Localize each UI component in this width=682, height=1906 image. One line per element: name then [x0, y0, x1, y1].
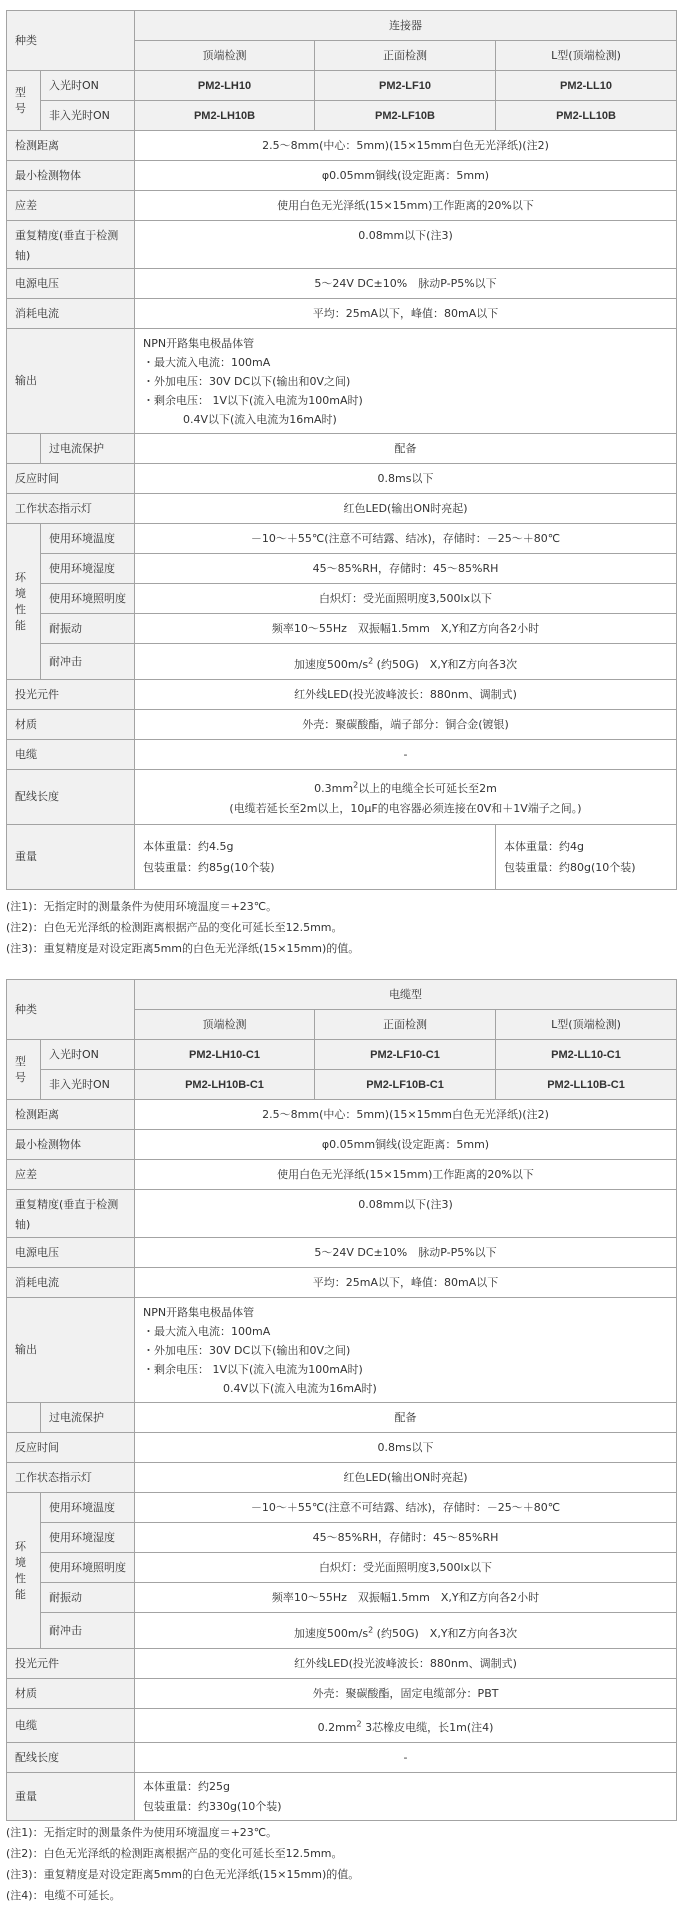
row-value: －10～＋55℃(注意不可结露、结冰)，存储时：－25～＋80℃	[135, 524, 677, 554]
row-value: 0.2mm2 3芯橡皮电缆，长1m(注4)	[135, 1709, 677, 1743]
row-label: 消耗电流	[7, 1268, 135, 1298]
column-header: 正面检测	[315, 41, 496, 71]
row-label: 投光元件	[7, 1649, 135, 1679]
table-row: 检测距离 2.5～8mm(中心：5mm)(15×15mm白色无光泽纸)(注2)	[7, 1100, 677, 1130]
table-row: 最小检测物体 φ0.05mm铜线(设定距离：5mm)	[7, 1130, 677, 1160]
note: (注2)：白色无光泽纸的检测距离根据产品的变化可延长至12.5mm。	[6, 1843, 677, 1864]
table-row: 电源电压 5～24V DC±10% 脉动P-P5%以下	[7, 269, 677, 299]
row-value: 2.5～8mm(中心：5mm)(15×15mm白色无光泽纸)(注2)	[135, 1100, 677, 1130]
table-row: 使用环境照明度 白炽灯：受光面照明度3,500lx以下	[7, 584, 677, 614]
model-number: PM2-LF10-C1	[315, 1040, 496, 1070]
row-value: 0.8ms以下	[135, 464, 677, 494]
table-row: 耐振动 频率10～55Hz 双振幅1.5mm X,Y和Z方向各2小时	[7, 1583, 677, 1613]
model-row-label: 非入光时ON	[41, 1070, 135, 1100]
row-value: 0.08mm以下(注3)	[135, 1190, 677, 1238]
table-row: 反应时间 0.8ms以下	[7, 1433, 677, 1463]
row-label: 最小检测物体	[7, 1130, 135, 1160]
table-row: 工作状态指示灯 红色LED(输出ON时亮起)	[7, 1463, 677, 1493]
row-label: 电缆	[7, 740, 135, 770]
row-value: 使用白色无光泽纸(15×15mm)工作距离的20%以下	[135, 1160, 677, 1190]
table-row: 反应时间 0.8ms以下	[7, 464, 677, 494]
note: (注1)：无指定时的测量条件为使用环境温度＝+23℃。	[6, 1822, 677, 1843]
row-label: 消耗电流	[7, 299, 135, 329]
table-row: 重复精度(垂直于检测轴) 0.08mm以下(注3)	[7, 221, 677, 269]
row-value: 红外线LED(投光波峰波长：880nm、调制式)	[135, 680, 677, 710]
model-row-label: 非入光时ON	[41, 101, 135, 131]
table-row: 重复精度(垂直于检测轴) 0.08mm以下(注3)	[7, 1190, 677, 1238]
table-row: 配线长度 0.3mm2以上的电缆全长可延长至2m (电缆若延长至2m以上，10μ…	[7, 770, 677, 825]
table-row: 重量 本体重量：约4.5g包装重量：约85g(10个装) 本体重量：约4g包装重…	[7, 825, 677, 890]
table-row: 最小检测物体 φ0.05mm铜线(设定距离：5mm)	[7, 161, 677, 191]
row-label: 耐振动	[41, 614, 135, 644]
spec-table-connector: 种类 连接器 顶端检测 正面检测 L型(顶端检测) 型号 入光时ON PM2-L…	[6, 10, 677, 890]
row-value: 红色LED(输出ON时亮起)	[135, 494, 677, 524]
row-value: 加速度500m/s2 (约50G) X,Y和Z方向各3次	[135, 644, 677, 680]
model-row-label: 入光时ON	[41, 71, 135, 101]
table-row: 使用环境湿度 45～85%RH，存储时：45～85%RH	[7, 554, 677, 584]
row-label: 重量	[7, 825, 135, 890]
table-row: 耐冲击 加速度500m/s2 (约50G) X,Y和Z方向各3次	[7, 644, 677, 680]
weight-value: 本体重量：约4g包装重量：约80g(10个装)	[496, 825, 677, 890]
row-label: 工作状态指示灯	[7, 494, 135, 524]
model-number: PM2-LH10B-C1	[135, 1070, 315, 1100]
table-row: 过电流保护 配备	[7, 434, 677, 464]
weight-value: 本体重量：约25g包装重量：约330g(10个装)	[135, 1773, 677, 1821]
table-row: 环境性能 使用环境温度 －10～＋55℃(注意不可结露、结冰)，存储时：－25～…	[7, 524, 677, 554]
table-row: 消耗电流 平均：25mA以下，峰值：80mA以下	[7, 1268, 677, 1298]
row-value: 45～85%RH，存储时：45～85%RH	[135, 554, 677, 584]
spec-table-cable: 种类 电缆型 顶端检测 正面检测 L型(顶端检测) 型号 入光时ON PM2-L…	[6, 979, 677, 1821]
row-value: －10～＋55℃(注意不可结露、结冰)，存储时：－25～＋80℃	[135, 1493, 677, 1523]
row-value: 45～85%RH，存储时：45～85%RH	[135, 1523, 677, 1553]
row-value: 频率10～55Hz 双振幅1.5mm X,Y和Z方向各2小时	[135, 1583, 677, 1613]
row-value: φ0.05mm铜线(设定距离：5mm)	[135, 1130, 677, 1160]
row-label: 材质	[7, 710, 135, 740]
table-row: 电缆 0.2mm2 3芯橡皮电缆，长1m(注4)	[7, 1709, 677, 1743]
row-value: 加速度500m/s2 (约50G) X,Y和Z方向各3次	[135, 1613, 677, 1649]
row-label: 工作状态指示灯	[7, 1463, 135, 1493]
env-group-label: 环境性能	[7, 1493, 41, 1649]
note: (注3)：重复精度是对设定距离5mm的白色无光泽纸(15×15mm)的值。	[6, 1864, 677, 1883]
weight-value: 本体重量：约4.5g包装重量：约85g(10个装)	[135, 825, 496, 890]
row-value: -	[135, 740, 677, 770]
table-row: 输出 NPN开路集电极晶体管 ・最大流入电流：100mA ・外加电压：30V D…	[7, 1298, 677, 1403]
table-row: 材质 外壳：聚碳酸酯，固定电缆部分：PBT	[7, 1679, 677, 1709]
row-label: 电源电压	[7, 1238, 135, 1268]
model-number: PM2-LF10B	[315, 101, 496, 131]
column-header: 顶端检测	[135, 41, 315, 71]
row-value: 平均：25mA以下，峰值：80mA以下	[135, 299, 677, 329]
type-label: 种类	[7, 980, 135, 1040]
row-value: 白炽灯：受光面照明度3,500lx以下	[135, 584, 677, 614]
row-value: 2.5～8mm(中心：5mm)(15×15mm白色无光泽纸)(注2)	[135, 131, 677, 161]
column-header: L型(顶端检测)	[496, 1010, 677, 1040]
model-number: PM2-LL10B	[496, 101, 677, 131]
model-group-label: 型号	[7, 71, 41, 131]
model-number: PM2-LF10B-C1	[315, 1070, 496, 1100]
table-row: 使用环境照明度 白炽灯：受光面照明度3,500lx以下	[7, 1553, 677, 1583]
row-value: φ0.05mm铜线(设定距离：5mm)	[135, 161, 677, 191]
output-spec: NPN开路集电极晶体管 ・最大流入电流：100mA ・外加电压：30V DC以下…	[135, 1298, 677, 1403]
table-row: 应差 使用白色无光泽纸(15×15mm)工作距离的20%以下	[7, 191, 677, 221]
table-row: 材质 外壳：聚碳酸酯，端子部分：铜合金(镀银)	[7, 710, 677, 740]
model-group-label: 型号	[7, 1040, 41, 1100]
model-number: PM2-LH10	[135, 71, 315, 101]
type-value: 连接器	[135, 11, 677, 41]
table-row: 投光元件 红外线LED(投光波峰波长：880nm、调制式)	[7, 1649, 677, 1679]
row-label: 应差	[7, 1160, 135, 1190]
model-row-label: 入光时ON	[41, 1040, 135, 1070]
row-label: 配线长度	[7, 1743, 135, 1773]
row-value: 频率10～55Hz 双振幅1.5mm X,Y和Z方向各2小时	[135, 614, 677, 644]
row-label: 反应时间	[7, 464, 135, 494]
table-row: 投光元件 红外线LED(投光波峰波长：880nm、调制式)	[7, 680, 677, 710]
row-label: 重量	[7, 1773, 135, 1821]
model-number: PM2-LH10-C1	[135, 1040, 315, 1070]
row-label: 耐冲击	[41, 644, 135, 680]
row-label: 使用环境照明度	[41, 1553, 135, 1583]
row-value: 使用白色无光泽纸(15×15mm)工作距离的20%以下	[135, 191, 677, 221]
row-value: 5～24V DC±10% 脉动P-P5%以下	[135, 269, 677, 299]
model-number: PM2-LF10	[315, 71, 496, 101]
table-row: 配线长度 -	[7, 1743, 677, 1773]
type-label: 种类	[7, 11, 135, 71]
row-label: 投光元件	[7, 680, 135, 710]
row-label: 耐冲击	[41, 1613, 135, 1649]
table-row: 消耗电流 平均：25mA以下，峰值：80mA以下	[7, 299, 677, 329]
row-label: 使用环境湿度	[41, 1523, 135, 1553]
row-label: 输出	[7, 1298, 135, 1403]
row-value: 红外线LED(投光波峰波长：880nm、调制式)	[135, 1649, 677, 1679]
row-label: 过电流保护	[41, 434, 135, 464]
table-row: 使用环境湿度 45～85%RH，存储时：45～85%RH	[7, 1523, 677, 1553]
column-header: L型(顶端检测)	[496, 41, 677, 71]
row-value: -	[135, 1743, 677, 1773]
row-value: 外壳：聚碳酸酯，端子部分：铜合金(镀银)	[135, 710, 677, 740]
table-row: 应差 使用白色无光泽纸(15×15mm)工作距离的20%以下	[7, 1160, 677, 1190]
row-label: 检测距离	[7, 131, 135, 161]
row-label: 过电流保护	[41, 1403, 135, 1433]
note: (注2)：白色无光泽纸的检测距离根据产品的变化可延长至12.5mm。	[6, 917, 677, 938]
row-label: 使用环境温度	[41, 1493, 135, 1523]
note: (注1)：无指定时的测量条件为使用环境温度＝+23℃。	[6, 896, 677, 917]
column-header: 顶端检测	[135, 1010, 315, 1040]
row-label: 使用环境温度	[41, 524, 135, 554]
table-row: 重量 本体重量：约25g包装重量：约330g(10个装)	[7, 1773, 677, 1821]
model-number: PM2-LL10	[496, 71, 677, 101]
table-row: 工作状态指示灯 红色LED(输出ON时亮起)	[7, 494, 677, 524]
model-number: PM2-LL10B-C1	[496, 1070, 677, 1100]
row-value: 外壳：聚碳酸酯，固定电缆部分：PBT	[135, 1679, 677, 1709]
row-label: 应差	[7, 191, 135, 221]
model-number: PM2-LL10-C1	[496, 1040, 677, 1070]
row-value: 5～24V DC±10% 脉动P-P5%以下	[135, 1238, 677, 1268]
row-value: 平均：25mA以下，峰值：80mA以下	[135, 1268, 677, 1298]
notes: (注1)：无指定时的测量条件为使用环境温度＝+23℃。 (注2)：白色无光泽纸的…	[6, 896, 677, 959]
row-label: 配线长度	[7, 770, 135, 825]
model-number: PM2-LH10B	[135, 101, 315, 131]
output-spec: NPN开路集电极晶体管 ・最大流入电流：100mA ・外加电压：30V DC以下…	[135, 329, 677, 434]
column-header: 正面检测	[315, 1010, 496, 1040]
row-value: 配备	[135, 434, 677, 464]
table-row: 耐冲击 加速度500m/s2 (约50G) X,Y和Z方向各3次	[7, 1613, 677, 1649]
table-row: 输出 NPN开路集电极晶体管 ・最大流入电流：100mA ・外加电压：30V D…	[7, 329, 677, 434]
row-value: 配备	[135, 1403, 677, 1433]
row-label: 重复精度(垂直于检测轴)	[7, 1190, 135, 1238]
table-row: 环境性能 使用环境温度 －10～＋55℃(注意不可结露、结冰)，存储时：－25～…	[7, 1493, 677, 1523]
row-label: 使用环境照明度	[41, 584, 135, 614]
row-label: 材质	[7, 1679, 135, 1709]
row-value: 白炽灯：受光面照明度3,500lx以下	[135, 1553, 677, 1583]
table-row: 电缆 -	[7, 740, 677, 770]
env-group-label: 环境性能	[7, 524, 41, 680]
row-value: 0.08mm以下(注3)	[135, 221, 677, 269]
row-label: 输出	[7, 329, 135, 434]
row-label: 耐振动	[41, 1583, 135, 1613]
row-label: 使用环境湿度	[41, 554, 135, 584]
note: (注3)：重复精度是对设定距离5mm的白色无光泽纸(15×15mm)的值。	[6, 938, 677, 959]
row-label: 反应时间	[7, 1433, 135, 1463]
table-row: 电源电压 5～24V DC±10% 脉动P-P5%以下	[7, 1238, 677, 1268]
row-label: 重复精度(垂直于检测轴)	[7, 221, 135, 269]
table-row: 耐振动 频率10～55Hz 双振幅1.5mm X,Y和Z方向各2小时	[7, 614, 677, 644]
table-row: 过电流保护 配备	[7, 1403, 677, 1433]
type-value: 电缆型	[135, 980, 677, 1010]
row-label: 检测距离	[7, 1100, 135, 1130]
row-label: 电缆	[7, 1709, 135, 1743]
row-label: 电源电压	[7, 269, 135, 299]
notes: (注1)：无指定时的测量条件为使用环境温度＝+23℃。 (注2)：白色无光泽纸的…	[6, 1822, 677, 1883]
row-value: 红色LED(输出ON时亮起)	[135, 1463, 677, 1493]
row-label: 最小检测物体	[7, 161, 135, 191]
row-value: 0.8ms以下	[135, 1433, 677, 1463]
table-row: 检测距离 2.5～8mm(中心：5mm)(15×15mm白色无光泽纸)(注2)	[7, 131, 677, 161]
row-value: 0.3mm2以上的电缆全长可延长至2m (电缆若延长至2m以上，10μF的电容器…	[135, 770, 677, 825]
